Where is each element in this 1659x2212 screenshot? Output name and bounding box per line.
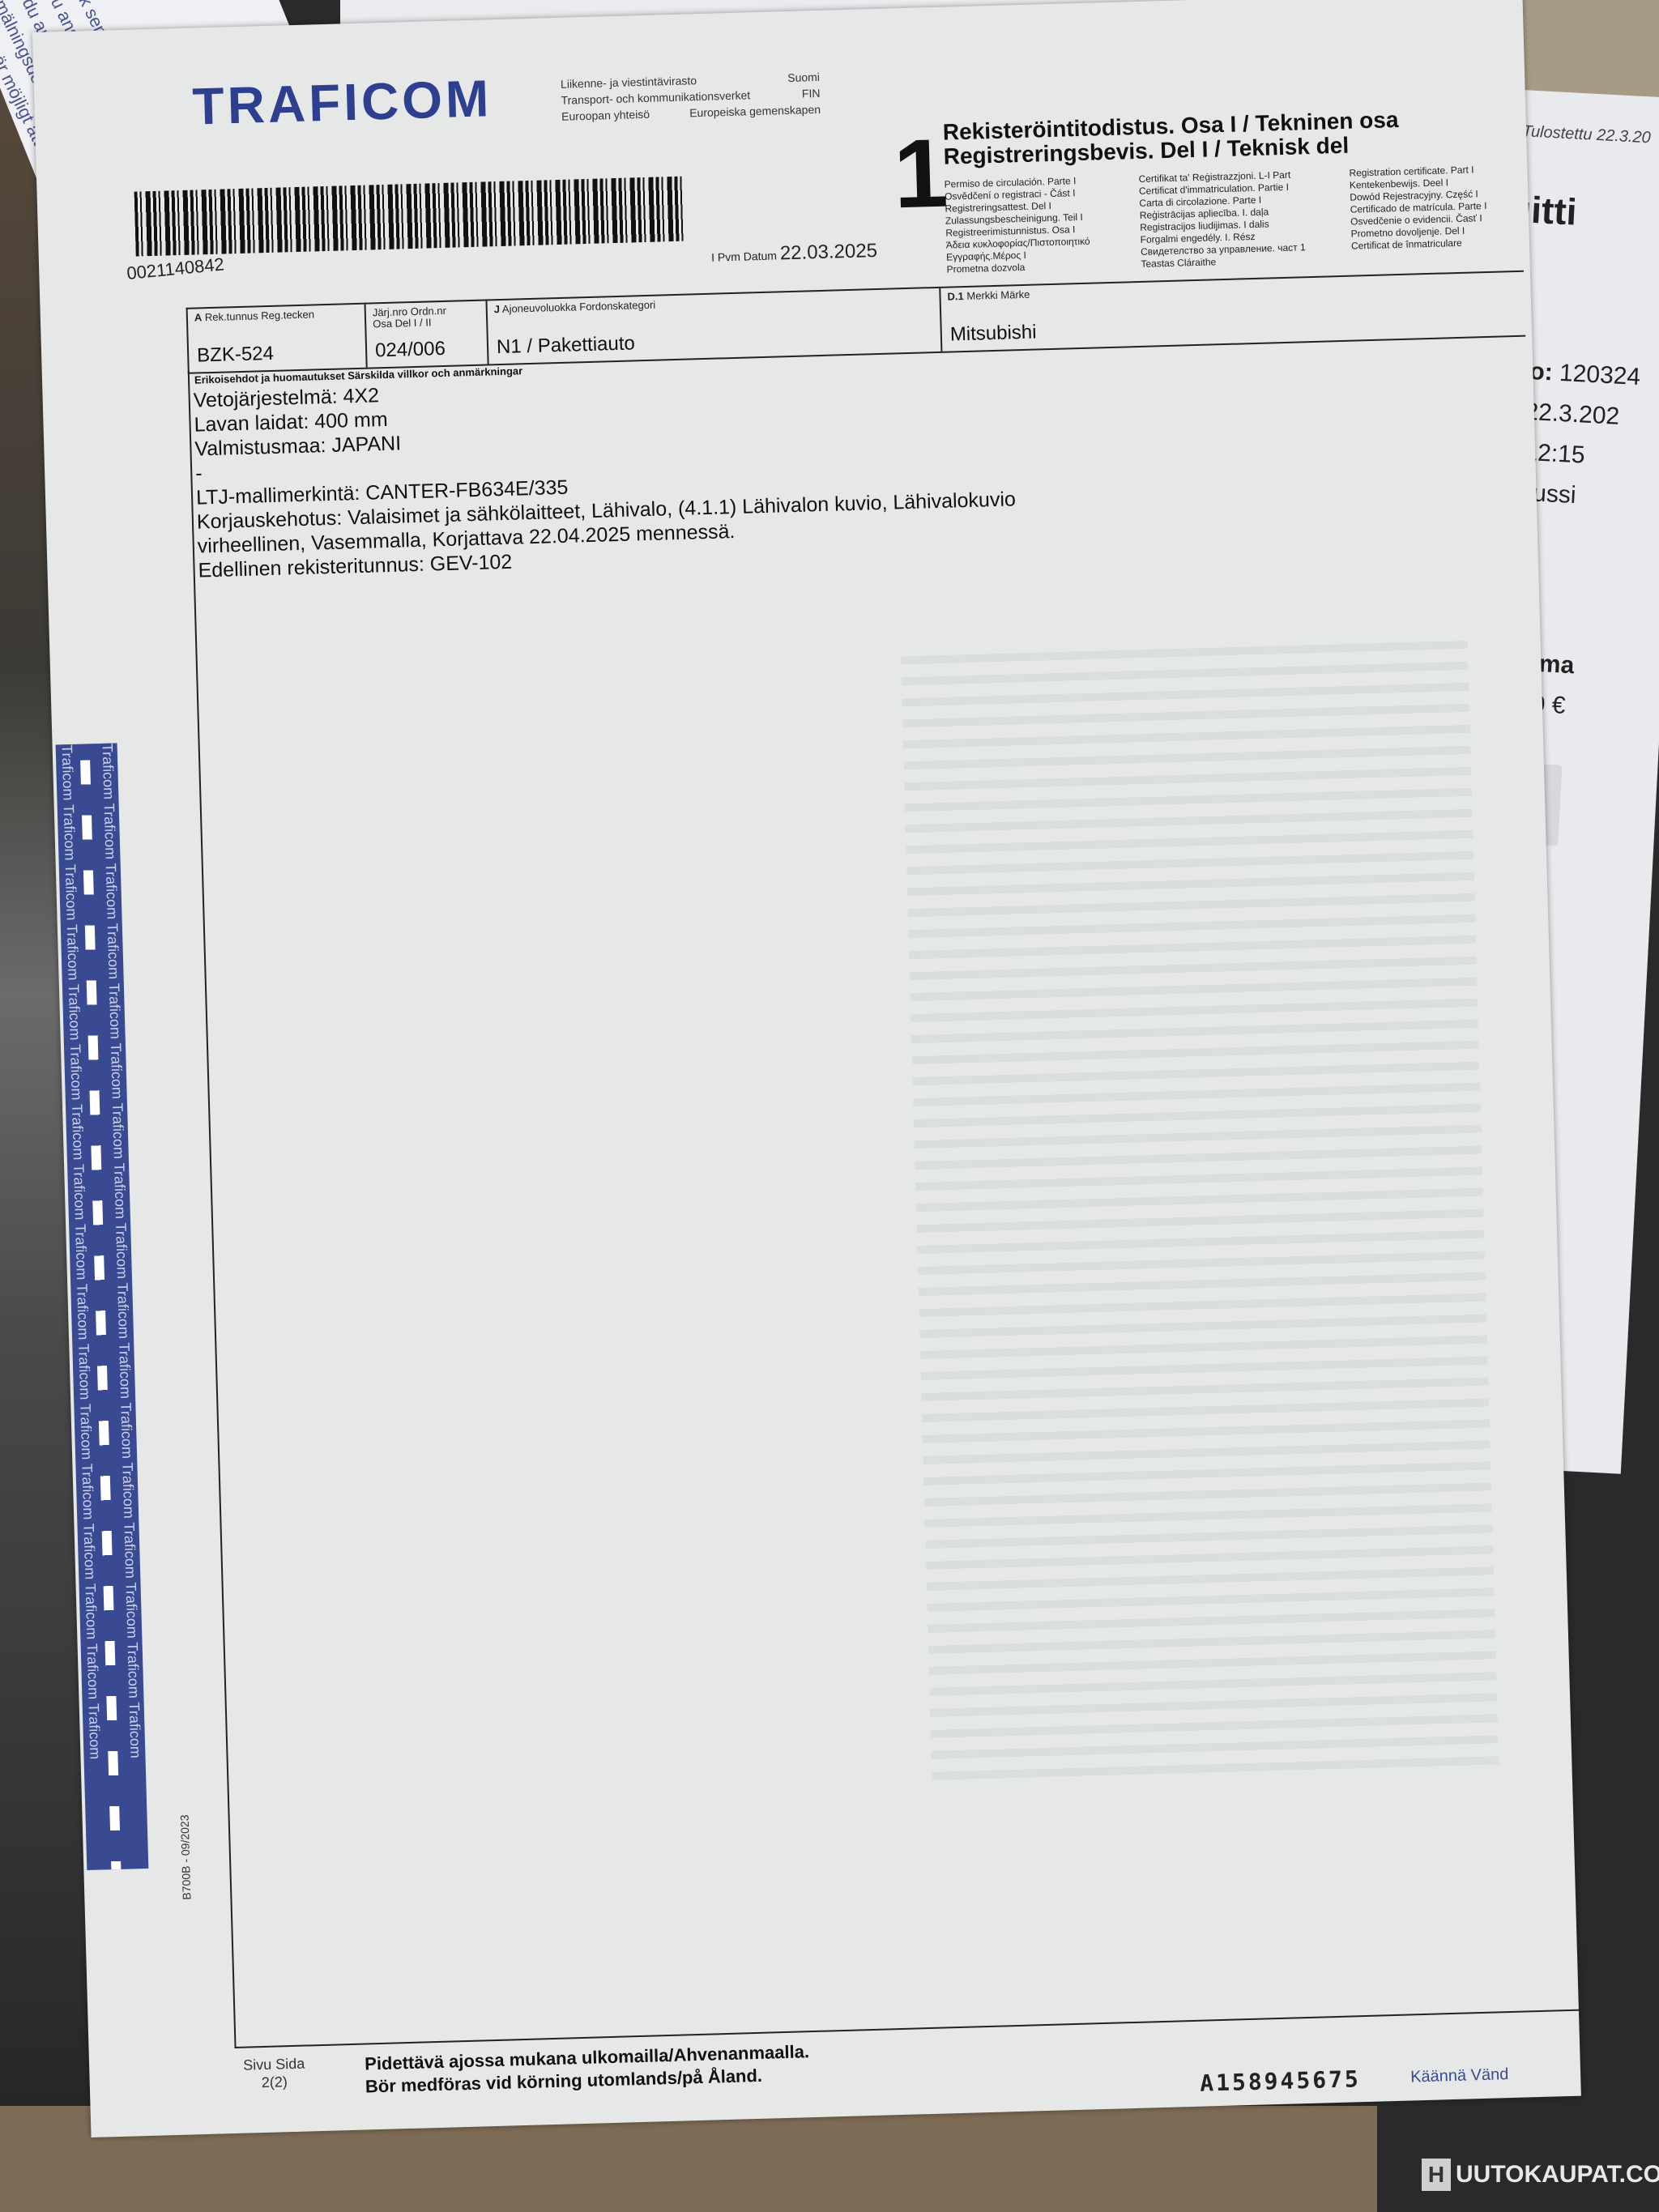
- agency-info: Liikenne- ja viestintävirastoSuomi Trans…: [561, 69, 821, 125]
- watermark: H UUTOKAUPAT.COM: [1422, 2159, 1659, 2191]
- barcode: [134, 177, 687, 257]
- turn-page-hint: Käännä Vänd: [1410, 2065, 1509, 2086]
- remarks-section: Erikoisehdot ja huomautukset Särskilda v…: [188, 333, 1580, 2048]
- serial-number: A158945675: [1200, 2065, 1361, 2097]
- receipt-printed-date: Tulostettu 22.3.20: [1522, 122, 1652, 147]
- watermark-logo-icon: H: [1422, 2159, 1451, 2191]
- make-value: Mitsubishi: [949, 322, 1036, 347]
- form-code: B700B - 09/2023: [178, 1814, 194, 1899]
- field-registration: A Rek.tunnus Reg.tecken BZK-524: [188, 305, 368, 373]
- certificate-translations: Permiso de circulación. Parte ICertifika…: [944, 162, 1537, 275]
- certificate-title: Rekisteröintitodistus. Osa I / Tekninen …: [942, 108, 1399, 169]
- remarks-lines: Vetojärjestelmä: 4X2 Lavan laidat: 400 m…: [193, 360, 1210, 583]
- field-order-number: Järj.nro Ordn.nr Osa Del I / II 024/006: [366, 300, 489, 367]
- part-number: 1: [893, 129, 949, 219]
- order-number-value: 024/006: [375, 338, 446, 362]
- vehicle-category-value: N1 / Pakettiauto: [497, 332, 635, 359]
- issue-date: I Pvm Datum22.03.2025: [711, 240, 878, 267]
- traficom-logo: TRAFICOM: [192, 68, 493, 136]
- registration-value: BZK-524: [197, 343, 274, 368]
- page-number: Sivu Sida 2(2): [243, 2055, 305, 2092]
- travel-notice: Pidettävä ajossa mukana ulkomailla/Ahven…: [365, 2040, 810, 2098]
- barcode-number: 0021140842: [126, 254, 225, 284]
- registration-certificate: Traficom Traficom Traficom Traficom Traf…: [32, 0, 1581, 2137]
